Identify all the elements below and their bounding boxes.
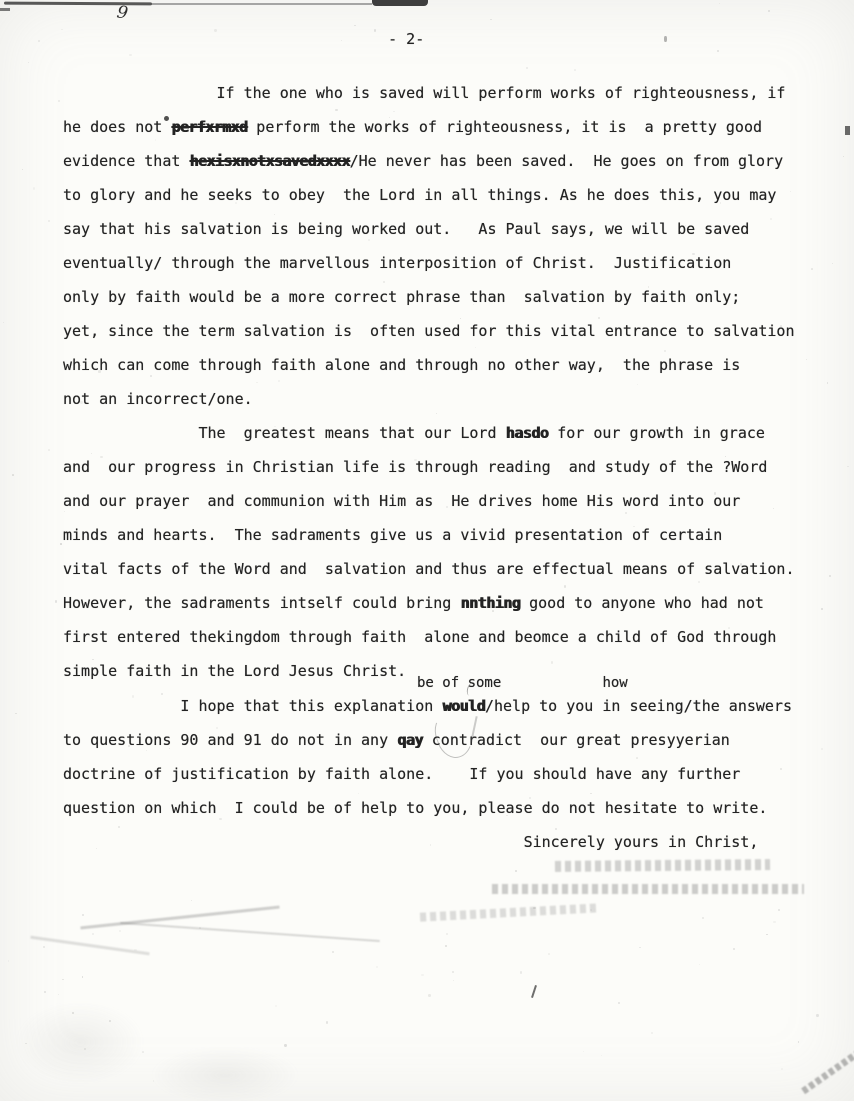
text-segment: question on which I could be of help to … xyxy=(63,799,767,817)
signature-line: Sincerely yours in Christ, xyxy=(63,825,842,859)
text-segment: not an incorrect/one. xyxy=(63,390,253,408)
document-body: - 2- If the one who is saved will perfor… xyxy=(63,22,842,859)
text-line: say that his salvation is being worked o… xyxy=(63,212,842,246)
text-segment: perform the works of righteousness, it i… xyxy=(247,118,762,136)
scan-artifact-top-blob xyxy=(372,0,428,6)
scan-scribble xyxy=(30,936,149,956)
text-line: However, the sadraments intself could br… xyxy=(63,586,842,620)
text-line: yet, since the term salvation is often u… xyxy=(63,314,842,348)
text-segment: and our prayer and communion with Him as… xyxy=(63,492,740,510)
text-line: and our prayer and communion with Him as… xyxy=(63,484,842,518)
text-segment: for our growth in grace xyxy=(548,424,765,442)
text-segment: I hope that this explanation xyxy=(63,697,442,715)
overtyped-text: nnthing xyxy=(460,594,520,612)
text-line: only by faith would be a more correct ph… xyxy=(63,280,842,314)
text-segment: contradict our great presyyerian xyxy=(423,731,730,749)
text-segment: and our progress in Christian life is th… xyxy=(63,458,767,476)
text-line: The greatest means that our Lord hasdo f… xyxy=(63,416,842,450)
backslash-mark xyxy=(531,985,537,998)
text-segment: he does not xyxy=(63,118,171,136)
text-segment: yet, since the term salvation is often u… xyxy=(63,322,795,340)
text-segment: only by faith would be a more correct ph… xyxy=(63,288,740,306)
text-line: first entered thekingdom through faith a… xyxy=(63,620,842,654)
text-segment: to questions 90 and 91 do not in any xyxy=(63,731,397,749)
text-segment: say that his salvation is being worked o… xyxy=(63,220,749,238)
text-segment: which can come through faith alone and t… xyxy=(63,356,740,374)
scanned-letter-page: { "page": { "paper_color": "#fcfcf9", "i… xyxy=(0,0,854,1101)
text-line: to glory and he seeks to obey the Lord i… xyxy=(63,178,842,212)
text-segment: Sincerely yours in Christ, xyxy=(63,833,758,851)
scan-scribble xyxy=(80,906,279,930)
text-segment: However, the sadraments intself could br… xyxy=(63,594,460,612)
blotch-bottom-left xyxy=(15,1000,145,1085)
text-line: not an incorrect/one. xyxy=(63,382,842,416)
scan-artifact-top-line-left xyxy=(4,2,152,6)
text-segment: first entered thekingdom through faith a… xyxy=(63,628,776,646)
blotch-bottom-left xyxy=(150,1045,300,1101)
text-line: which can come through faith alone and t… xyxy=(63,348,842,382)
text-segment: evidence that xyxy=(63,152,189,170)
ghost-text-row xyxy=(492,884,804,894)
overtyped-text: would xyxy=(442,697,485,715)
text-line: question on which I could be of help to … xyxy=(63,791,842,825)
struck-out-text: hexisxnotxsavedxxxx xyxy=(189,152,349,170)
text-segment: eventually/ through the marvellous inter… xyxy=(63,254,731,272)
ghost-text-row xyxy=(420,903,600,921)
text-line: and our progress in Christian life is th… xyxy=(63,450,842,484)
text-segment: vital facts of the Word and salvation an… xyxy=(63,560,795,578)
corner-smudge-bottom-right xyxy=(801,1037,854,1094)
text-line: evidence that hexisxnotxsavedxxxx/He nev… xyxy=(63,144,842,178)
text-segment: minds and hearts. The sadraments give us… xyxy=(63,526,722,544)
scan-scribble xyxy=(120,922,380,942)
text-segment: If the one who is saved will perform wor… xyxy=(63,84,785,102)
text-segment: The greatest means that our Lord xyxy=(63,424,506,442)
text-segment: be of some how xyxy=(63,675,628,691)
text-segment: doctrine of justification by faith alone… xyxy=(63,765,740,783)
text-line: minds and hearts. The sadraments give us… xyxy=(63,518,842,552)
scan-artifact-left-edge-dash xyxy=(0,8,10,11)
text-line: vital facts of the Word and salvation an… xyxy=(63,552,842,586)
scan-artifact-top-line-mid xyxy=(150,3,372,5)
ghost-text-row xyxy=(555,859,770,872)
text-line: eventually/ through the marvellous inter… xyxy=(63,246,842,280)
handwritten-mark: 9 xyxy=(116,2,130,23)
struck-out-text: perfxrmxd xyxy=(171,118,247,136)
text-line: doctrine of justification by faith alone… xyxy=(63,757,842,791)
text-segment: /help to you in seeing/the answers xyxy=(485,697,792,715)
text-line: to questions 90 and 91 do not in any qay… xyxy=(63,723,842,757)
text-segment: to glory and he seeks to obey the Lord i… xyxy=(63,186,776,204)
text-segment: - 2- xyxy=(63,30,424,48)
scan-artifact-right-edge-dash xyxy=(845,126,850,135)
text-line: I hope that this explanation would/help … xyxy=(63,689,842,723)
page-number: - 2- xyxy=(63,22,842,56)
text-line: he does not perfxrmxd perform the works … xyxy=(63,110,842,144)
text-segment: /He never has been saved. He goes on fro… xyxy=(350,152,783,170)
text-line: If the one who is saved will perform wor… xyxy=(63,76,842,110)
overtyped-text: hasdo xyxy=(506,424,549,442)
overtyped-text: qay xyxy=(397,731,423,749)
text-segment: good to anyone who had not xyxy=(520,594,764,612)
